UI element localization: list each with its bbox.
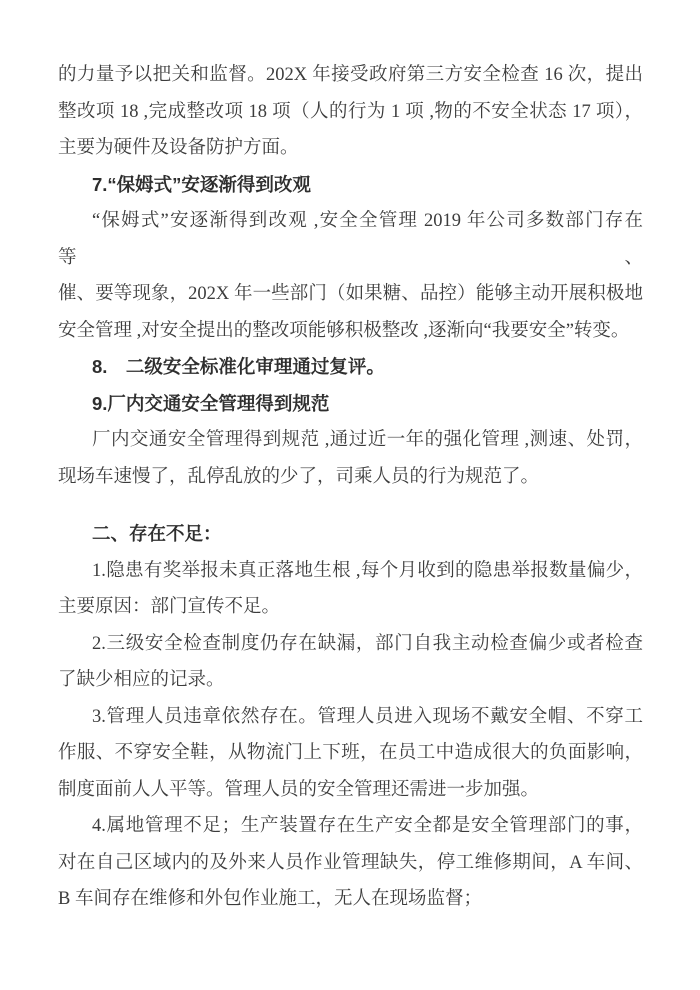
- section-heading-part2: 二、存在不足：: [58, 516, 643, 553]
- section-heading-8: 8. 二级安全标准化审理通过复评。: [58, 349, 643, 386]
- text-line: B 车间存在维修和外包作业施工，无人在现场监督；: [58, 881, 643, 918]
- text-line: 2.三级安全检查制度仍存在缺漏，部门自我主动检查偏少或者检查: [58, 626, 643, 663]
- text-line: 主要为硬件及设备防护方面。: [58, 130, 643, 167]
- text-line: “保姆式”安逐渐得到改观 ,安全全管理 2019 年公司多数部门存在等、: [58, 203, 643, 276]
- text-line: 现场车速慢了，乱停乱放的少了，司乘人员的行为规范了。: [58, 459, 643, 496]
- text-line: 4.属地管理不足；生产装置存在生产安全都是安全管理部门的事，: [58, 808, 643, 845]
- section-heading-7: 7.“保姆式”安逐渐得到改观: [58, 167, 643, 204]
- text-line: 制度面前人人平等。管理人员的安全管理还需进一步加强。: [58, 772, 643, 809]
- document-page: 的力量予以把关和监督。202X 年接受政府第三方安全检查 16 次，提出 整改项…: [0, 0, 700, 990]
- text-line: 了缺少相应的记录。: [58, 662, 643, 699]
- text-line: 1.隐患有奖举报未真正落地生根 ,每个月收到的隐患举报数量偏少，: [58, 553, 643, 590]
- text-line: 整改项 18 ,完成整改项 18 项（人的行为 1 项 ,物的不安全状态 17 …: [58, 94, 643, 131]
- text-line: 对在自己区域内的及外来人员作业管理缺失，停工维修期间，A 车间、: [58, 845, 643, 882]
- blank-line: [58, 495, 643, 516]
- text-line: 催、要等现象，202X 年一些部门（如果糖、品控）能够主动开展积极地: [58, 276, 643, 313]
- section-heading-9: 9.厂内交通安全管理得到规范: [58, 386, 643, 423]
- text-line: 3.管理人员违章依然存在。管理人员进入现场不戴安全帽、不穿工: [58, 699, 643, 736]
- text-line: 作服、不穿安全鞋，从物流门上下班，在员工中造成很大的负面影响，: [58, 735, 643, 772]
- text-line: 安全管理 ,对安全提出的整改项能够积极整改 ,逐渐向“我要安全”转变。: [58, 313, 643, 350]
- text-line: 的力量予以把关和监督。202X 年接受政府第三方安全检查 16 次，提出: [58, 57, 643, 94]
- text-line: 厂内交通安全管理得到规范 ,通过近一年的强化管理 ,测速、处罚，: [58, 422, 643, 459]
- text-line: 主要原因：部门宣传不足。: [58, 589, 643, 626]
